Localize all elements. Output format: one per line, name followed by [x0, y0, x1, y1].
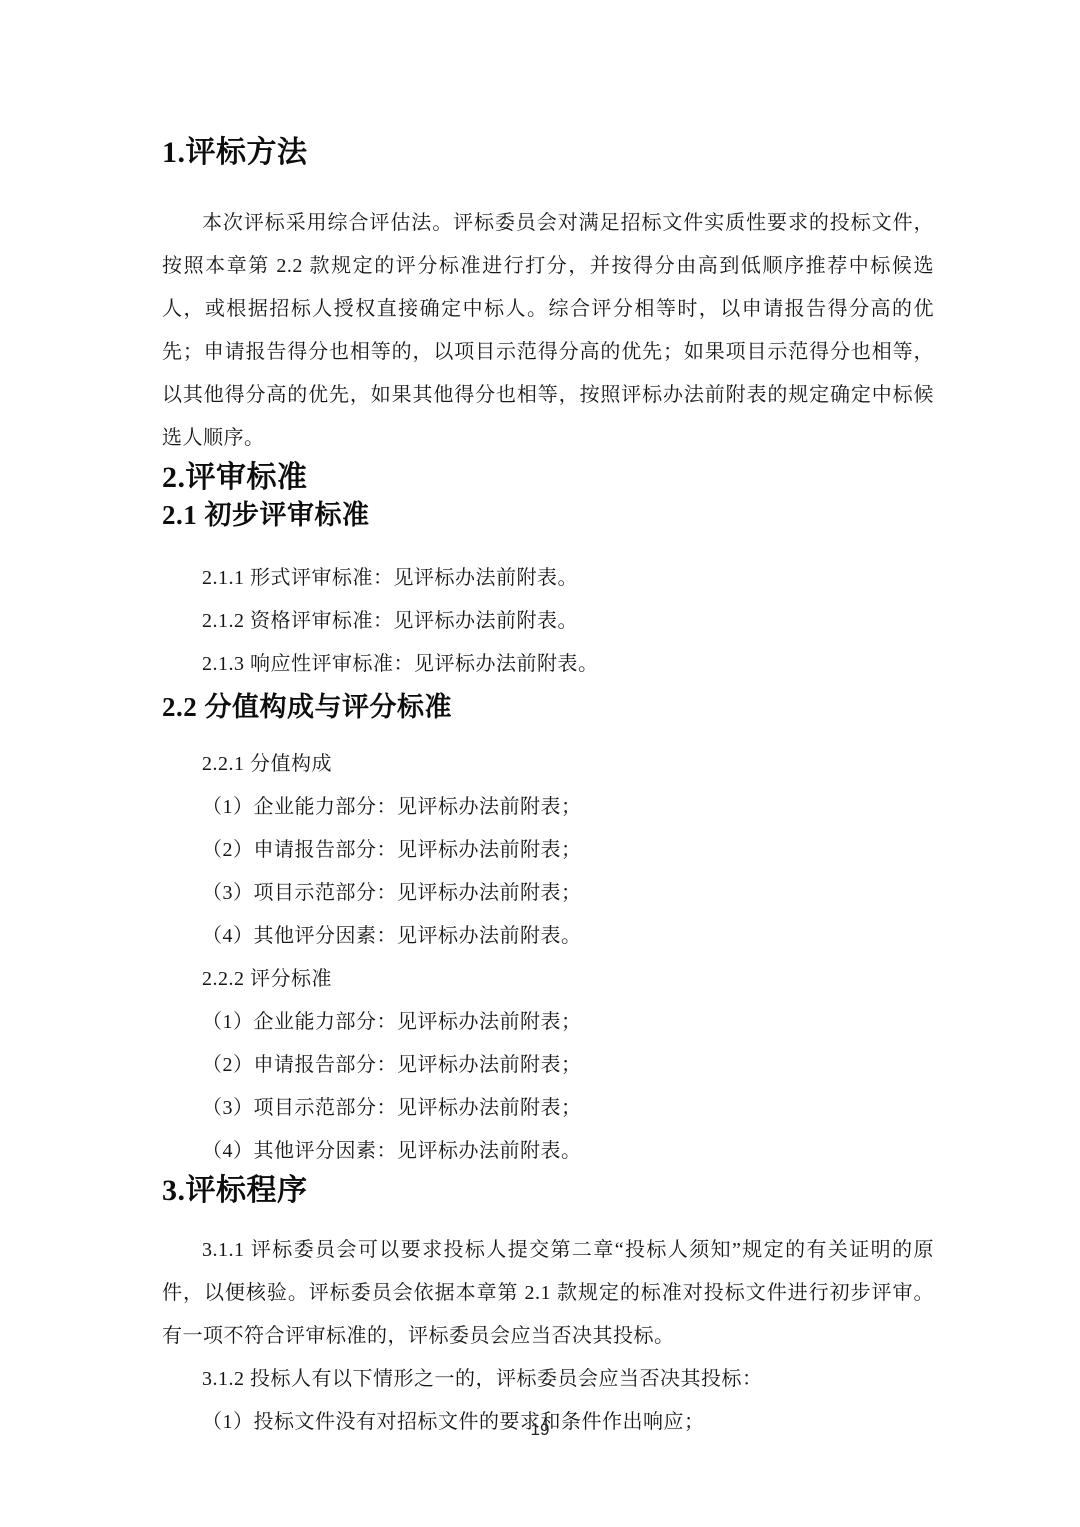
list-item-responsiveness-review: 2.1.3 响应性评审标准：见评标办法前附表。: [162, 643, 934, 686]
list-item-qualification-review: 2.1.2 资格评审标准：见评标办法前附表。: [162, 600, 934, 643]
paragraph-reject-intro-312: 3.1.2 投标人有以下情形之一的，评标委员会应当否决其投标：: [162, 1358, 934, 1401]
document-content: 1.评标方法 本次评标采用综合评估法。评标委员会对满足招标文件实质性要求的投标文…: [0, 0, 1080, 1444]
list-item-formal-review: 2.1.1 形式评审标准：见评标办法前附表。: [162, 557, 934, 600]
list-item-project-demonstration: （3）项目示范部分：见评标办法前附表；: [162, 872, 934, 915]
heading-score-composition-and-standard: 2.2 分值构成与评分标准: [162, 691, 934, 724]
label-scoring-standard: 2.2.2 评分标准: [162, 958, 934, 1001]
heading-evaluation-procedure: 3.评标程序: [162, 1173, 934, 1209]
list-item-application-report-2: （2）申请报告部分：见评标办法前附表；: [162, 1044, 934, 1087]
list-item-project-demonstration-2: （3）项目示范部分：见评标办法前附表；: [162, 1087, 934, 1130]
page-number: 19: [0, 1420, 1080, 1440]
list-item-enterprise-capability: （1）企业能力部分：见评标办法前附表；: [162, 786, 934, 829]
heading-evaluation-method: 1.评标方法: [162, 135, 934, 171]
list-item-application-report: （2）申请报告部分：见评标办法前附表；: [162, 829, 934, 872]
paragraph-evaluation-method: 本次评标采用综合评估法。评标委员会对满足招标文件实质性要求的投标文件，按照本章第…: [162, 202, 934, 460]
list-item-enterprise-capability-2: （1）企业能力部分：见评标办法前附表；: [162, 1001, 934, 1044]
list-item-other-factors: （4）其他评分因素：见评标办法前附表。: [162, 915, 934, 958]
heading-preliminary-review-criteria: 2.1 初步评审标准: [162, 499, 934, 532]
document-page: 1.评标方法 本次评标采用综合评估法。评标委员会对满足招标文件实质性要求的投标文…: [0, 0, 1080, 1527]
paragraph-procedure-311: 3.1.1 评标委员会可以要求投标人提交第二章“投标人须知”规定的有关证明的原件…: [162, 1229, 934, 1358]
heading-review-criteria: 2.评审标准: [162, 460, 934, 496]
list-item-other-factors-2: （4）其他评分因素：见评标办法前附表。: [162, 1130, 934, 1173]
label-value-composition: 2.2.1 分值构成: [162, 743, 934, 786]
